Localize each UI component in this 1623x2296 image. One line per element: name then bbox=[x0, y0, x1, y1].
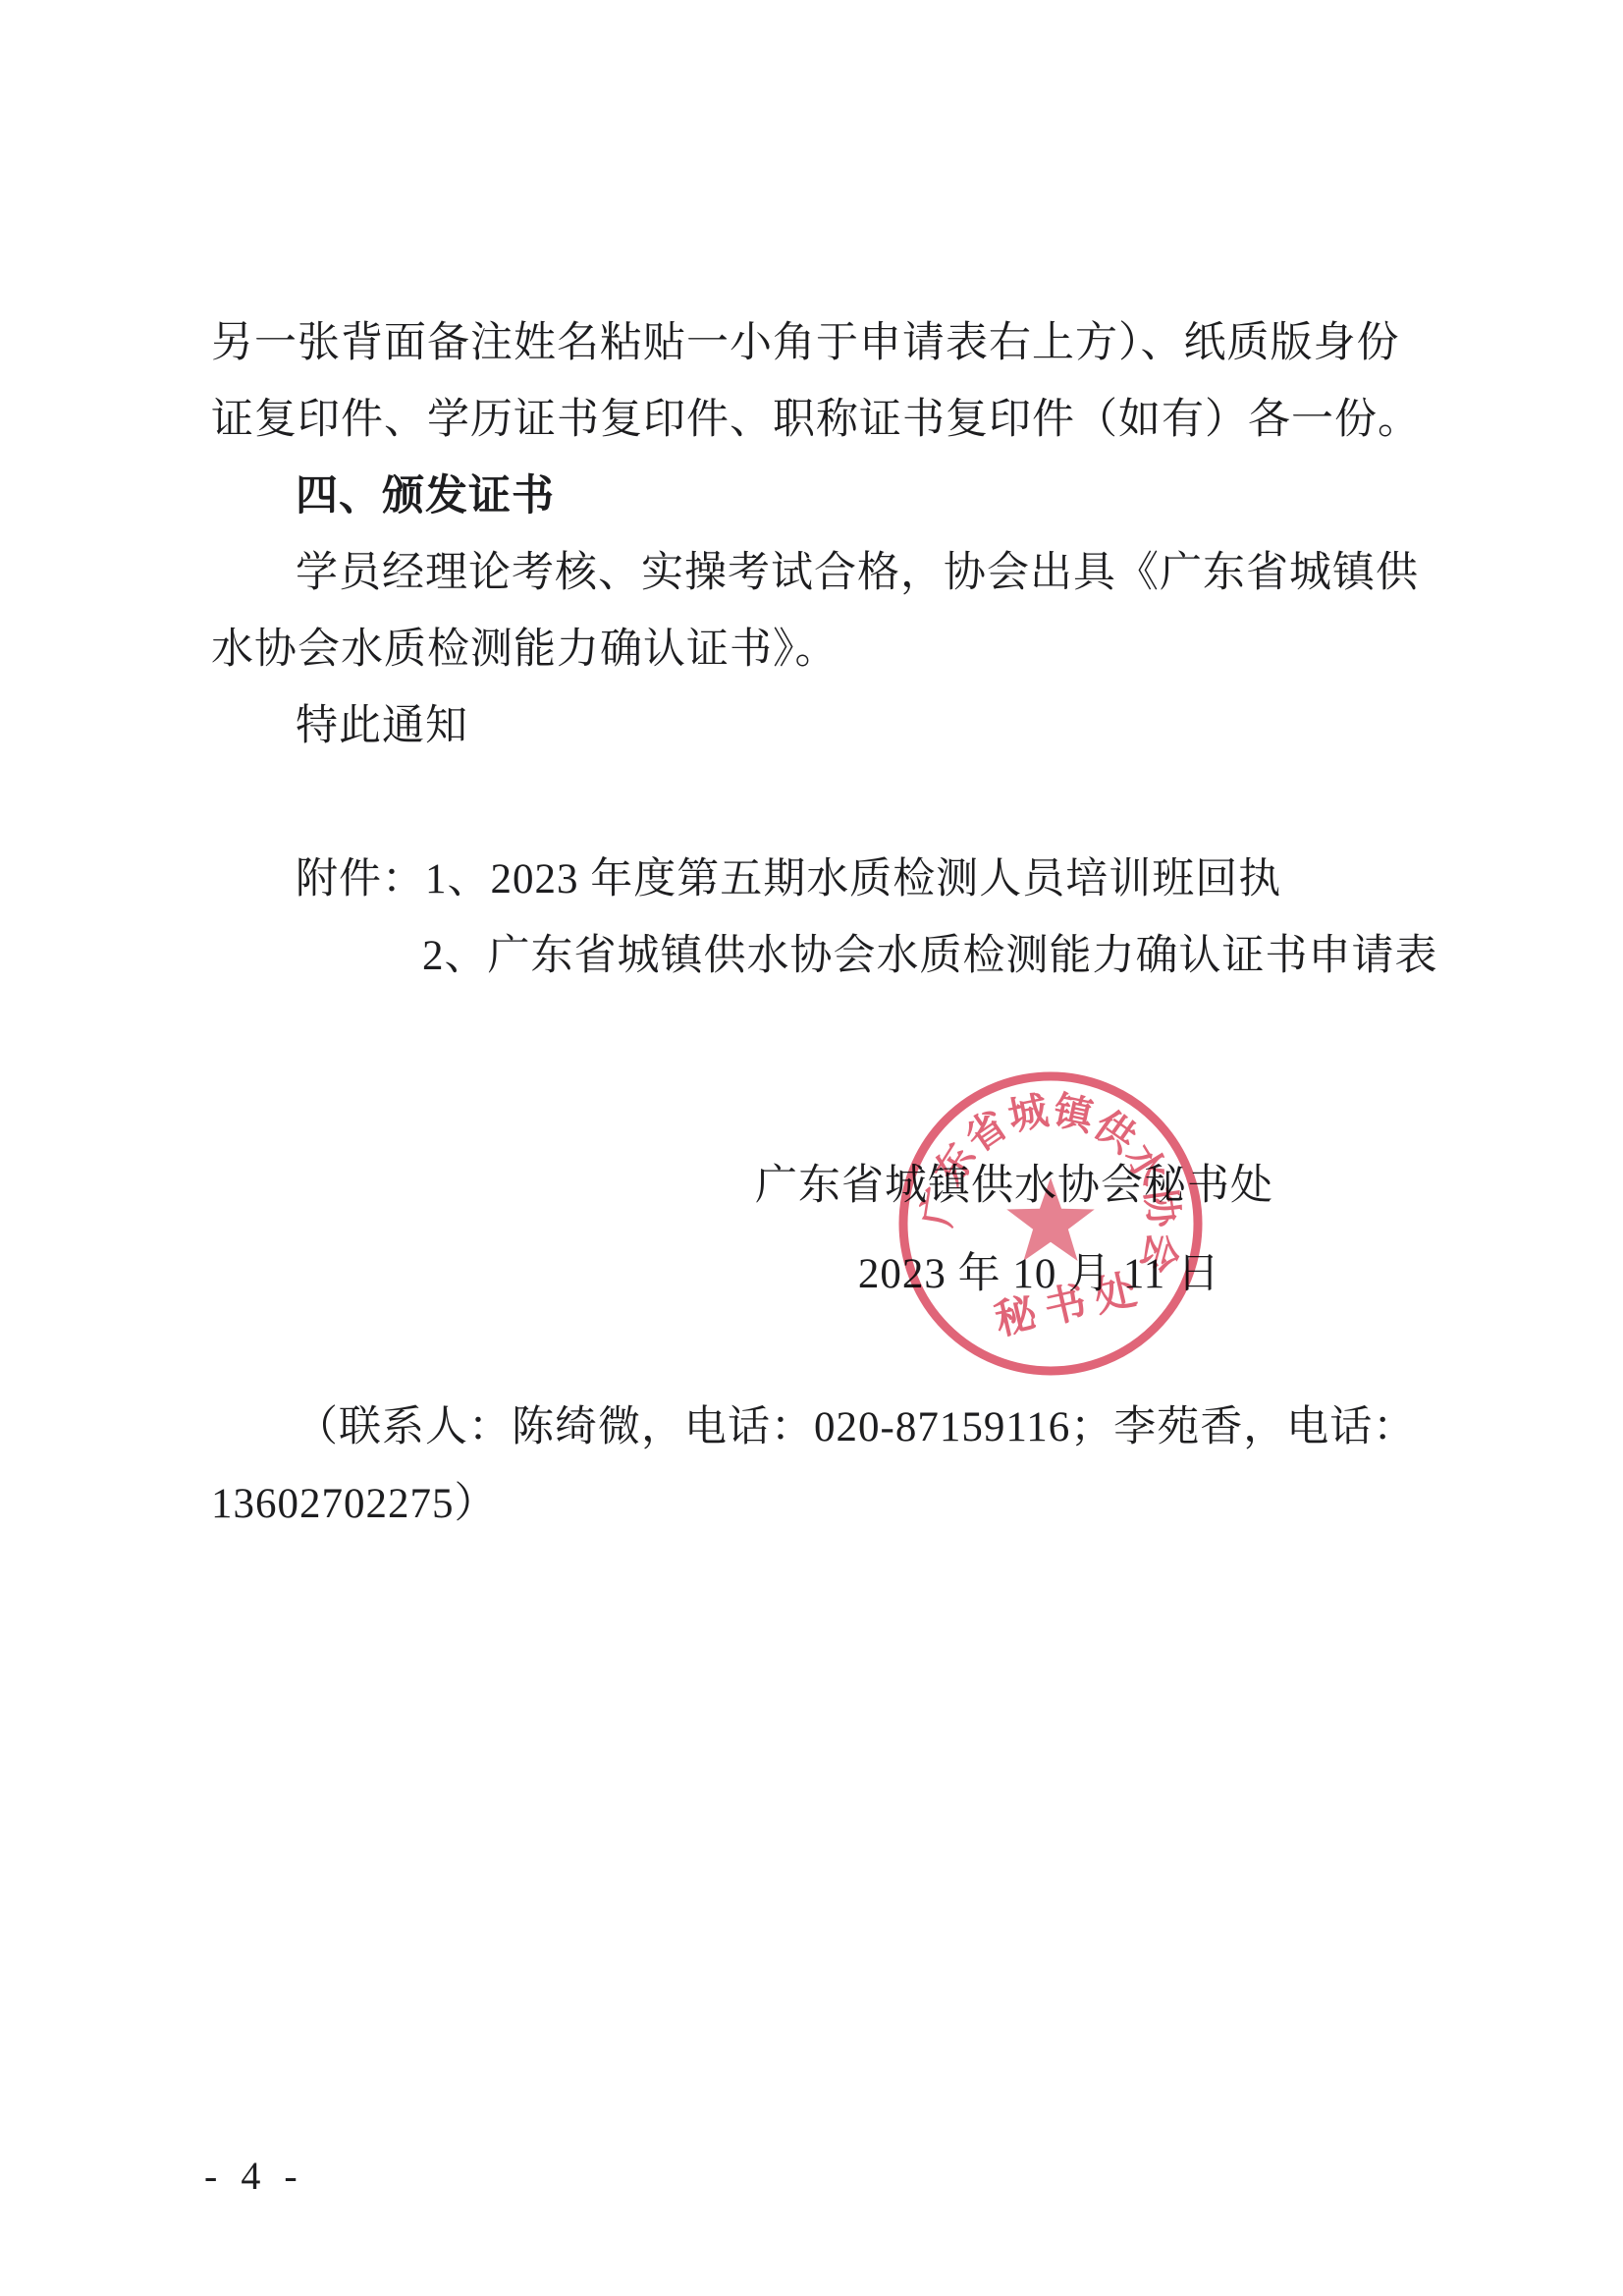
star-icon bbox=[1006, 1177, 1094, 1261]
blank-line bbox=[211, 765, 1414, 842]
section-heading: 四、颁发证书 bbox=[211, 459, 1414, 535]
signature-date: 2023 年 10 月 11 日 bbox=[211, 1236, 1414, 1313]
stamp-bottom-text: 秘书处 bbox=[991, 1265, 1151, 1344]
blank-line bbox=[211, 995, 1414, 1071]
page-number: - 4 - bbox=[204, 2153, 304, 2199]
blank-line bbox=[211, 1313, 1414, 1390]
attachments-label: 附件： bbox=[296, 856, 425, 902]
body-text-line-1: 另一张背面备注姓名粘贴一小角于申请表右上方）、纸质版身份 bbox=[211, 305, 1414, 382]
certificate-line-2: 水协会水质检测能力确认证书》。 bbox=[211, 612, 1414, 688]
body-text-line-2: 证复印件、学历证书复印件、职称证书复印件（如有）各一份。 bbox=[211, 382, 1414, 459]
blank-line bbox=[211, 1071, 1414, 1148]
certificate-line-1: 学员经理论考核、实操考试合格，协会出具《广东省城镇供 bbox=[211, 535, 1414, 612]
signature-org: 广东省城镇供水协会秘书处 bbox=[211, 1148, 1414, 1225]
attachments-line-1: 附件：1、2023 年度第五期水质检测人员培训班回执 bbox=[211, 842, 1414, 918]
attachment-item-1: 1、2023 年度第五期水质检测人员培训班回执 bbox=[425, 856, 1281, 902]
attachments-line-2: 2、广东省城镇供水协会水质检测能力确认证书申请表 bbox=[211, 918, 1414, 995]
document-page: 另一张背面备注姓名粘贴一小角于申请表右上方）、纸质版身份 证复印件、学历证书复印… bbox=[0, 0, 1623, 2296]
official-seal: 广东省城镇供水协会 秘书处 bbox=[884, 1057, 1217, 1391]
notice-text: 特此通知 bbox=[211, 688, 1414, 765]
contact-line-1: （联系人：陈绮微，电话：020-87159116；李苑香，电话： bbox=[211, 1390, 1414, 1466]
document-body: 另一张背面备注姓名粘贴一小角于申请表右上方）、纸质版身份 证复印件、学历证书复印… bbox=[211, 305, 1414, 1543]
contact-line-2: 13602702275） bbox=[211, 1466, 1414, 1543]
